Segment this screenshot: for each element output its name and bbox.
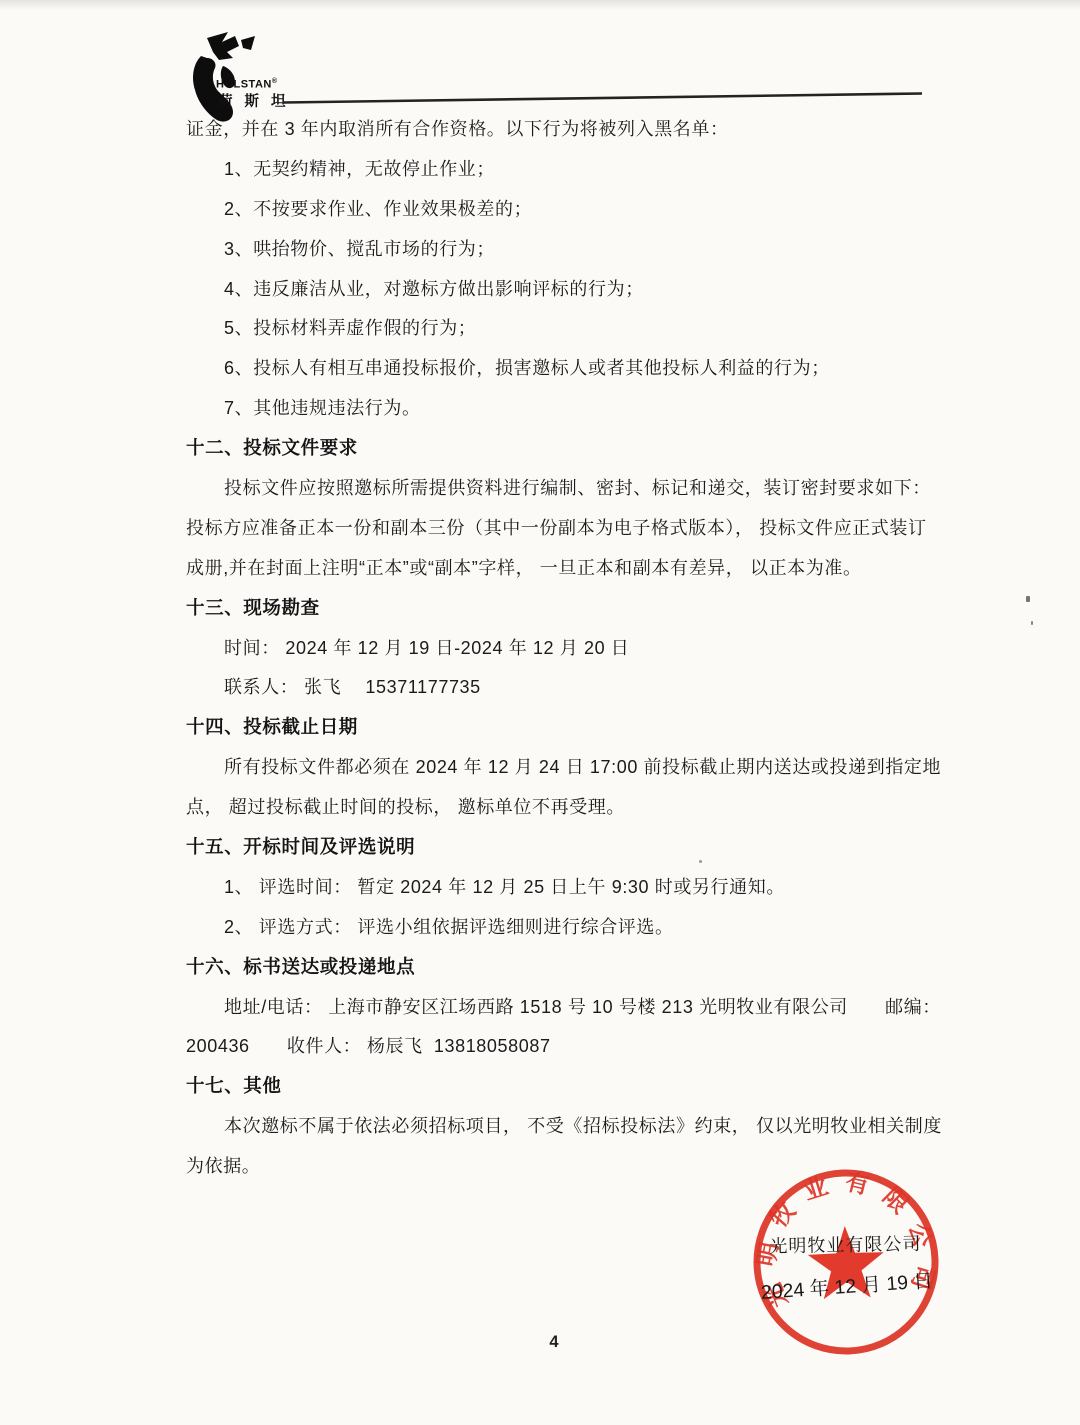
intro-line: 证金，并在 3 年内取消所有合作资格。以下行为将被列入黑名单：: [186, 108, 928, 148]
section-line: 时间： 2024 年 12 月 19 日-2024 年 12 月 20 日: [186, 627, 928, 667]
scan-speck: [1031, 621, 1033, 625]
section-line: 投标文件应按照邀标所需提供资料进行编制、密封、标记和递交，装订密封要求如下：: [186, 467, 928, 507]
section-heading-13: 十三、现场勘查: [186, 587, 928, 627]
section-line: 所有投标文件都必须在 2024 年 12 月 24 日 17:00 前投标截止期…: [186, 746, 928, 786]
blacklist-item: 4、违反廉洁从业，对邀标方做出影响评标的行为；: [186, 268, 928, 308]
scan-speck: [1026, 596, 1030, 602]
scan-top-smudge: [0, 0, 1080, 10]
blacklist-item: 6、投标人有相互串通投标报价，损害邀标人或者其他投标人利益的行为；: [186, 347, 928, 387]
blacklist-item: 5、投标材料弄虚作假的行为；: [186, 307, 928, 347]
blacklist-item: 7、其他违规违法行为。: [186, 387, 928, 427]
section-line: 联系人： 张飞 15371177735: [186, 666, 928, 706]
blacklist-item: 3、哄抬物价、搅乱市场的行为；: [186, 228, 928, 268]
blacklist-item: 1、无契约精神，无故停止作业；: [186, 148, 928, 188]
section-line: 投标方应准备正本一份和副本三份（其中一份副本为电子格式版本）， 投标文件应正式装…: [186, 507, 928, 547]
seal-graphic: 光明牧业有限公司: [745, 1160, 948, 1365]
document-body: 证金，并在 3 年内取消所有合作资格。以下行为将被列入黑名单： 1、无契约精神，…: [186, 108, 928, 1185]
section-heading-17: 十七、其他: [186, 1065, 928, 1105]
section-heading-16: 十六、标书送达或投递地点: [186, 946, 928, 986]
company-seal: 光明牧业有限公司 光明牧业有限公司 2024 年 12 月 19 日: [745, 1160, 948, 1365]
blacklist-item: 2、不按要求作业、作业效果极差的；: [186, 188, 928, 228]
seal-company-text: 光明牧业有限公司: [747, 1229, 943, 1258]
brand-name-en: HOLSTAN®: [216, 78, 278, 91]
brand-text: HOLSTAN: [216, 79, 272, 91]
registered-mark: ®: [272, 78, 278, 85]
section-line: 1、 评选时间： 暂定 2024 年 12 月 25 日上午 9:30 时或另行…: [186, 866, 928, 906]
page-number: 4: [534, 1333, 574, 1352]
section-heading-15: 十五、开标时间及评选说明: [186, 826, 928, 866]
section-line: 成册,并在封面上注明“正本”或“副本”字样， 一旦正本和副本有差异， 以正本为准…: [186, 547, 928, 587]
section-line: 地址/电话： 上海市静安区江场西路 1518 号 10 号楼 213 光明牧业有…: [186, 986, 928, 1026]
section-heading-14: 十四、投标截止日期: [186, 706, 928, 746]
section-line: 本次邀标不属于依法必须招标项目， 不受《招标投标法》约束， 仅以光明牧业相关制度: [186, 1105, 928, 1145]
header-rule-line: [282, 88, 924, 106]
section-heading-12: 十二、投标文件要求: [186, 427, 928, 467]
section-line: 点， 超过投标截止时间的投标， 邀标单位不再受理。: [186, 786, 928, 826]
section-line: 2、 评选方式： 评选小组依据评选细则进行综合评选。: [186, 906, 928, 946]
scan-speck: [699, 860, 702, 863]
section-line: 200436 收件人： 杨辰飞 13818058087: [186, 1025, 928, 1065]
